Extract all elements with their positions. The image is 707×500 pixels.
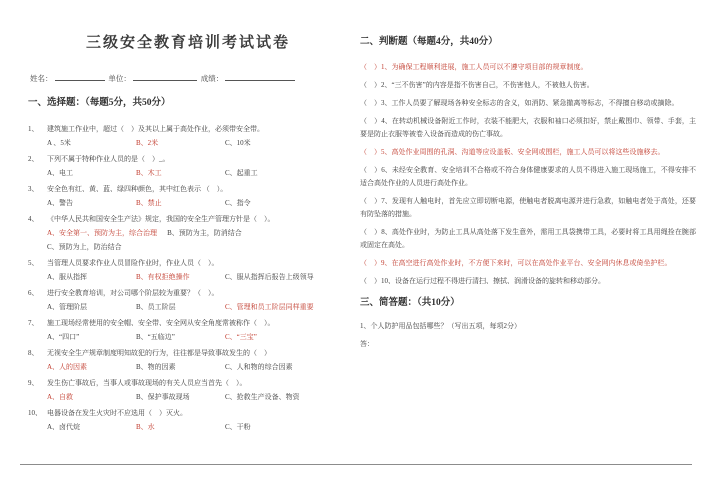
short-answer-question: 1、个人防护用品包括哪些？（写出五项，每项2分） [360, 320, 696, 332]
judgment-item: （ ）6、未经安全教育、安全培训不合格或不符合身体健康要求的人员不得进入施工现场… [360, 164, 696, 190]
option-row: A、管理阶层B、员工阶层C、管理和员工阶层同样重要 [28, 300, 348, 314]
choice-question: 7、施工现场经常使用的安全帽、安全带、安全网从安全角度常被称作（ ）。A、“四口… [28, 316, 348, 344]
question-body: 电器设备在发生火灾时不应选用（ ）灭火。 [47, 409, 187, 417]
name-label: 姓名： [30, 74, 53, 83]
question-text-row: 9、发生伤亡事故后，当事人或事故现场的有关人员应当首先（ ）。 [28, 376, 348, 390]
judgment-item-highlighted: （ ）5、高处作业周围的孔洞、沟道等应设盖板、安全网或围栏，施工人员可以将这些设… [360, 146, 696, 159]
option-row: A、电工B、木工C、起重工 [28, 166, 348, 180]
option: B、保护事故现场 [136, 390, 215, 404]
option-answer-highlighted: B、水 [136, 420, 215, 434]
choice-question-list: 1、建筑施工作业中，超过（ ）及其以上属于高处作业，必须带安全带。A 、5米B、… [28, 122, 348, 434]
question-number: 6、 [28, 286, 47, 300]
choice-question: 10、电器设备在发生火灾时不应选用（ ）灭火。A、卤代烷B、水C、干粉 [28, 406, 348, 434]
choice-question: 5、当管理人员要求作业人员冒险作业时，作业人员（ ）。A、服从指挥B、有权拒绝操… [28, 256, 348, 284]
option-row: A、卤代烷B、水C、干粉 [28, 420, 348, 434]
question-body: 《中华人民共和国安全生产法》规定，我国的安全生产管理方针是（ ）。 [47, 215, 275, 223]
student-info-line: 姓名： 单位： 成绩： [30, 72, 348, 85]
choice-question: 1、建筑施工作业中，超过（ ）及其以上属于高处作业，必须带安全带。A 、5米B、… [28, 122, 348, 150]
judgment-item: （ ）4、在转动机械设备附近工作时，衣装不能肥大，衣服和袖口必须扣好，禁止戴围巾… [360, 115, 696, 141]
question-number: 4、 [28, 212, 47, 226]
question-text-row: 3、安全色有红、黄、蓝、绿四种颜色，其中红色表示 （ ）。 [28, 182, 348, 196]
question-body: 下列不属于特种作业人员的是（ ）_。 [47, 155, 170, 163]
option: C、人和物的综合因素 [225, 360, 304, 374]
option: B、员工阶层 [136, 300, 215, 314]
question-text-row: 7、施工现场经常使用的安全帽、安全带、安全网从安全角度常被称作（ ）。 [28, 316, 348, 330]
judgment-item: （ ）7、发现有人触电时，首先应立即切断电源，使触电者脱离电源并进行急救，如触电… [360, 195, 696, 221]
question-text-row: 10、电器设备在发生火灾时不应选用（ ）灭火。 [28, 406, 348, 420]
judgment-item: （ ）2、“三不伤害”的内容是指不伤害自己，不伤害他人，不被他人伤害。 [360, 79, 696, 92]
question-text-row: 5、当管理人员要求作业人员冒险作业时，作业人员（ ）。 [28, 256, 348, 270]
question-body: 建筑施工作业中，超过（ ）及其以上属于高处作业，必须带安全带。 [47, 125, 264, 133]
option: A、警告 [47, 196, 126, 210]
judgment-item: （ ）8、高处作业时，为防止工具从高处落下发生意外，需用工具袋携带工具，必要时将… [360, 226, 696, 252]
unit-label: 单位： [108, 74, 131, 83]
option-answer-highlighted: B、禁止 [136, 196, 215, 210]
name-blank [55, 72, 105, 81]
option-answer-highlighted: B、木工 [136, 166, 215, 180]
question-text-row: 2、下列不属于特种作业人员的是（ ）_。 [28, 152, 348, 166]
option: C、干粉 [225, 420, 304, 434]
option-row: A、安全第一、预防为主，综合治理B、预防为主，防消结合 [28, 226, 348, 240]
question-number: 10、 [28, 406, 47, 420]
score-label: 成绩： [201, 74, 224, 83]
option-answer-highlighted: C、“三宝” [225, 330, 304, 344]
question-text-row: 8、无视安全生产规章制度明知故犯的行为，往往都是导致事故发生的（ ） [28, 346, 348, 360]
judgment-list: （ ）1、为确保工程顺利进展，施工人员可以不遵守项目部的规章制度。（ ）2、“三… [360, 61, 696, 288]
option: C、预防为上，防治结合 [47, 240, 126, 254]
option-answer-highlighted: A、人的因素 [47, 360, 126, 374]
choice-question: 3、安全色有红、黄、蓝、绿四种颜色，其中红色表示 （ ）。A、警告B、禁止C、指… [28, 182, 348, 210]
section1-heading: 一、选择题：（每题5分，共50分） [28, 97, 348, 110]
choice-question: 2、下列不属于特种作业人员的是（ ）_。A、电工B、木工C、起重工 [28, 152, 348, 180]
question-number: 9、 [28, 376, 47, 390]
question-body: 施工现场经常使用的安全帽、安全带、安全网从安全角度常被称作（ ）。 [47, 319, 275, 327]
question-body: 进行安全教育培训，对公司哪个阶层较为重要？（ ）。 [47, 289, 219, 297]
option-row: A、“四口”B、“五临边”C、“三宝” [28, 330, 348, 344]
question-body: 发生伤亡事故后，当事人或事故现场的有关人员应当首先（ ）。 [47, 379, 247, 387]
option-answer-highlighted: B、2米 [136, 136, 215, 150]
section2-heading: 二、判断题（每题4分，共40分） [360, 36, 696, 49]
option-row: A 、5米B、2米C、10米 [28, 136, 348, 150]
option-row: C、预防为上，防治结合 [28, 240, 348, 254]
exam-page: 三级安全教育培训考试试卷 姓名： 单位： 成绩： 一、选择题：（每题5分，共50… [0, 0, 707, 500]
question-body: 无视安全生产规章制度明知故犯的行为，往往都是导致事故发生的（ ） [47, 349, 271, 357]
question-text-row: 6、进行安全教育培训，对公司哪个阶层较为重要？（ ）。 [28, 286, 348, 300]
choice-question: 9、发生伤亡事故后，当事人或事故现场的有关人员应当首先（ ）。A、自救B、保护事… [28, 376, 348, 404]
score-blank [225, 72, 295, 81]
option-answer-highlighted: A、安全第一、预防为主，综合治理 [47, 226, 157, 240]
option: A 、5米 [47, 136, 126, 150]
option: A、“四口” [47, 330, 126, 344]
option-row: A、人的因素B、物的因素C、人和物的综合因素 [28, 360, 348, 374]
option: C、抢救生产设备、物资 [225, 390, 304, 404]
question-number: 5、 [28, 256, 47, 270]
option-row: A、警告B、禁止C、指令 [28, 196, 348, 210]
option: C、起重工 [225, 166, 304, 180]
option: C、10米 [225, 136, 304, 150]
judgment-item: （ ）3、工作人员要了解现场各种安全标志的含义，如消防、紧急撤离等标志，不得擅自… [360, 97, 696, 110]
option-answer-highlighted: C、管理和员工阶层同样重要 [225, 300, 314, 314]
choice-question: 6、进行安全教育培训，对公司哪个阶层较为重要？（ ）。A、管理阶层B、员工阶层C… [28, 286, 348, 314]
unit-blank [133, 72, 197, 81]
option-answer-highlighted: A、自救 [47, 390, 126, 404]
judgment-item-highlighted: （ ）1、为确保工程顺利进展，施工人员可以不遵守项目部的规章制度。 [360, 61, 696, 74]
option: A、电工 [47, 166, 126, 180]
choice-question: 8、无视安全生产规章制度明知故犯的行为，往往都是导致事故发生的（ ）A、人的因素… [28, 346, 348, 374]
left-column: 三级安全教育培训考试试卷 姓名： 单位： 成绩： 一、选择题：（每题5分，共50… [28, 34, 348, 436]
option: A、服从指挥 [47, 270, 126, 284]
option-row: A、自救B、保护事故现场C、抢救生产设备、物资 [28, 390, 348, 404]
question-number: 3、 [28, 182, 47, 196]
option-answer-highlighted: B、有权拒绝操作 [136, 270, 215, 284]
question-number: 8、 [28, 346, 47, 360]
option: B、物的因素 [136, 360, 215, 374]
option: B、预防为主，防消结合 [167, 226, 246, 240]
option: C、服从指挥后报告上级领导 [225, 270, 314, 284]
question-number: 2、 [28, 152, 47, 166]
question-text-row: 4、《中华人民共和国安全生产法》规定，我国的安全生产管理方针是（ ）。 [28, 212, 348, 226]
judgment-item: （ ）10、设备在运行过程不得进行清扫、擦拭、润滑设备的旋转和移动部分。 [360, 275, 696, 288]
option: A、卤代烷 [47, 420, 126, 434]
option-row: A、服从指挥B、有权拒绝操作C、服从指挥后报告上级领导 [28, 270, 348, 284]
choice-question: 4、《中华人民共和国安全生产法》规定，我国的安全生产管理方针是（ ）。A、安全第… [28, 212, 348, 254]
right-column: 二、判断题（每题4分，共40分） （ ）1、为确保工程顺利进展，施工人员可以不遵… [360, 36, 696, 350]
section3-heading: 三、简答题：（共10分） [360, 297, 696, 310]
page-title: 三级安全教育培训考试试卷 [28, 34, 348, 52]
question-number: 1、 [28, 122, 47, 136]
question-text-row: 1、建筑施工作业中，超过（ ）及其以上属于高处作业，必须带安全带。 [28, 122, 348, 136]
question-number: 7、 [28, 316, 47, 330]
option: A、管理阶层 [47, 300, 126, 314]
question-body: 安全色有红、黄、蓝、绿四种颜色，其中红色表示 （ ）。 [47, 185, 227, 193]
judgment-item-highlighted: （ ）9、在高空进行高处作业时，不方便下来时，可以在高处作业平台、安全网内休息或… [360, 257, 696, 270]
answer-label: 答： [360, 338, 696, 350]
option: B、“五临边” [136, 330, 215, 344]
question-body: 当管理人员要求作业人员冒险作业时，作业人员（ ）。 [47, 259, 219, 267]
page-divider [20, 464, 692, 465]
option: C、指令 [225, 196, 304, 210]
